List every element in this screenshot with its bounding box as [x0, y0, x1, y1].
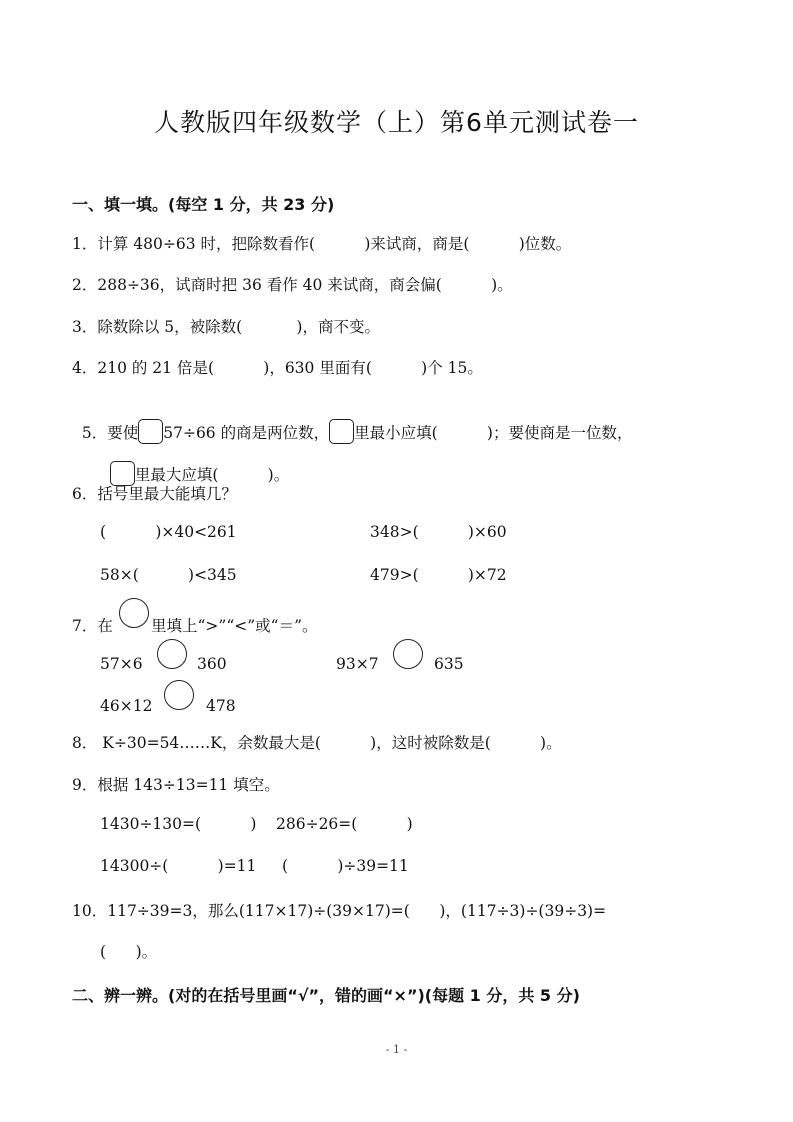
compare-left: 57×6	[100, 655, 143, 673]
question-7-text-b: 里填上“>”“<”或“＝”。	[151, 614, 318, 636]
question-7-text-a: 7．在	[72, 614, 113, 636]
question-5-text-a: 5．要使	[82, 424, 138, 442]
question-10-line-1: 10．117÷39=3，那么(117×17)÷(39×17)=( )，(117÷…	[72, 899, 606, 921]
question-9-item: ( )÷39=11	[282, 857, 409, 875]
blank-circle[interactable]	[157, 639, 187, 669]
question-5-text-b: 57÷66 的商是两位数，	[163, 424, 329, 442]
page-title: 人教版四年级数学（上）第6单元测试卷一	[0, 103, 793, 139]
question-5-text-c: 里最小应填( )；要使商是一位数，	[354, 424, 632, 442]
section-2-heading: 二、辨一辨。(对的在括号里画“√”，错的画“×”)(每题 1 分，共 5 分)	[72, 983, 580, 1006]
question-3: 3．除数除以 5，被除数( )，商不变。	[72, 315, 380, 337]
question-4: 4．210 的 21 倍是( )，630 里面有( )个 15。	[72, 356, 483, 378]
question-9: 9．根据 143÷13=11 填空。	[72, 773, 280, 795]
question-5-line-2: 里最大应填( )。	[100, 443, 289, 486]
blank-circle[interactable]	[164, 680, 194, 710]
compare-left: 46×12	[100, 697, 152, 715]
blank-box[interactable]	[138, 419, 163, 444]
blank-box[interactable]	[329, 419, 354, 444]
question-2: 2．288÷36，试商时把 36 看作 40 来试商，商会偏( )。	[72, 273, 513, 295]
compare-right: 360	[197, 655, 227, 673]
question-6-item: ( )×40<261	[100, 523, 237, 541]
question-5-line-1: 5．要使57÷66 的商是两位数，里最小应填( )；要使商是一位数，	[72, 401, 632, 444]
compare-right: 478	[206, 697, 236, 715]
question-8: 8． K÷30=54……K，余数最大是( )，这时被除数是( )。	[72, 731, 562, 753]
page-number: - 1 -	[0, 1043, 793, 1056]
question-6-item: 58×( )<345	[100, 566, 237, 584]
blank-circle[interactable]	[119, 598, 149, 628]
question-6-item: 479>( )×72	[370, 566, 507, 584]
compare-right: 635	[434, 655, 464, 673]
question-9-item: 14300÷( )=11	[100, 857, 256, 875]
blank-circle[interactable]	[393, 639, 423, 669]
compare-left: 93×7	[336, 655, 379, 673]
question-6: 6．括号里最大能填几？	[72, 482, 237, 504]
question-6-item: 348>( )×60	[370, 523, 507, 541]
question-10-line-2: ( )。	[100, 940, 157, 962]
section-1-heading: 一、填一填。(每空 1 分，共 23 分)	[72, 192, 334, 215]
question-9-item: 286÷26=( )	[276, 815, 413, 833]
question-1: 1．计算 480÷63 时，把除数看作( )来试商，商是( )位数。	[72, 232, 571, 254]
question-9-item: 1430÷130=( )	[100, 815, 256, 833]
